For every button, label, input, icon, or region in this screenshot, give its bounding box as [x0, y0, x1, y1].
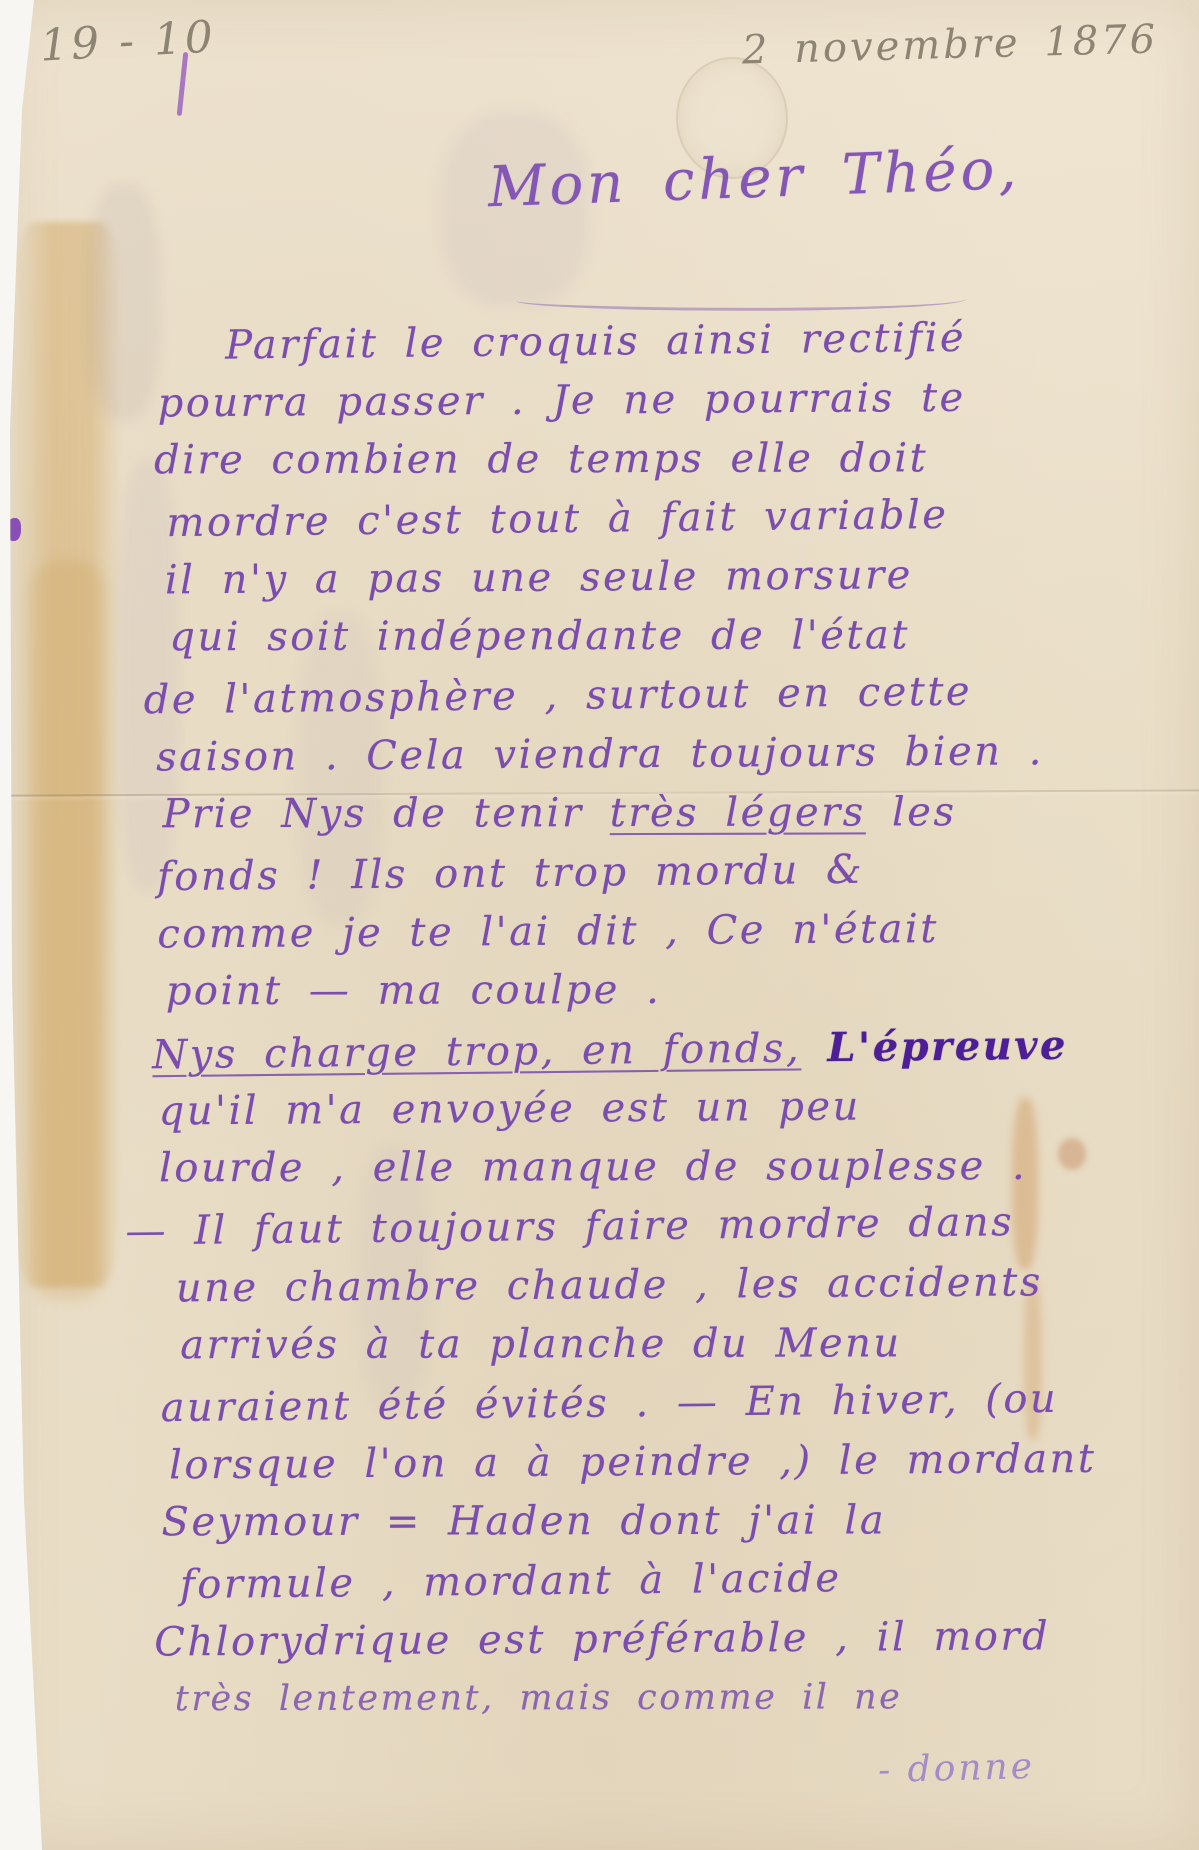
catchword: - donne [877, 1746, 1035, 1791]
handwritten-line: saison . Cela viendra toujours bien . [156, 722, 1146, 788]
scan-background: 19 - 10 2 novembre 1876 Mon cher Théo, P… [0, 0, 1199, 1850]
letter-page: 19 - 10 2 novembre 1876 Mon cher Théo, P… [0, 0, 1199, 1850]
handwritten-line: Parfait le croquis ainsi rectifié [225, 307, 1144, 376]
handwritten-line: lourde , elle manque de souplesse . [159, 1137, 1149, 1199]
ink-dot [6, 518, 21, 541]
handwritten-line: — Il faut toujours faire mordre dans [125, 1192, 1150, 1262]
handwritten-line: arrivés à ta planche du Menu [180, 1314, 1150, 1376]
handwritten-line: comme je te l'ai dit , Ce n'était [157, 899, 1147, 965]
handwritten-line: lorsque l'on a à peindre ,) le mordant [169, 1430, 1151, 1496]
handwritten-line: fonds ! Ils ont trop mordu & [157, 838, 1148, 907]
handwritten-line: qu'il m'a envoyée est un peu [158, 1076, 1148, 1142]
ink-showthrough [88, 185, 160, 420]
handwritten-line: Chlorydrique est préférable , il mord [154, 1607, 1152, 1673]
date-annotation: 2 novembre 1876 [741, 17, 1158, 74]
handwritten-line: Nys charge trop, en fonds, L'épreuve [152, 1015, 1149, 1084]
handwritten-line: une chambre chaude , les accidents [176, 1253, 1150, 1319]
archive-number: 19 - 10 [39, 11, 217, 71]
letter-body: Parfait le croquis ainsi rectifiépourra … [153, 309, 1153, 1732]
handwritten-line: point — ma coulpe . [166, 960, 1148, 1022]
handwritten-line: qui soit indépendante de l'état [169, 606, 1145, 668]
handwritten-line: pourra passer . Je ne pourrais te [157, 368, 1143, 434]
tape-stain-lower [30, 560, 105, 1300]
handwritten-line: Seymour = Haden dont j'ai la [161, 1491, 1151, 1553]
handwritten-line: très lentement, mais comme il ne [175, 1668, 1153, 1730]
handwritten-line: auraient été évités . — En hiver, (ou [160, 1369, 1151, 1438]
handwritten-line: de l'atmosphère , surtout en cette [143, 661, 1146, 730]
handwritten-line: Prie Nys de tenir très légers les [162, 783, 1146, 845]
handwritten-line: mordre c'est tout à fait variable [166, 484, 1145, 553]
handwritten-line: il n'y a pas une seule morsure [165, 545, 1145, 611]
handwritten-line: dire combien de temps elle doit [154, 429, 1144, 491]
handwritten-line: formule , mordant à l'acide [180, 1546, 1153, 1615]
